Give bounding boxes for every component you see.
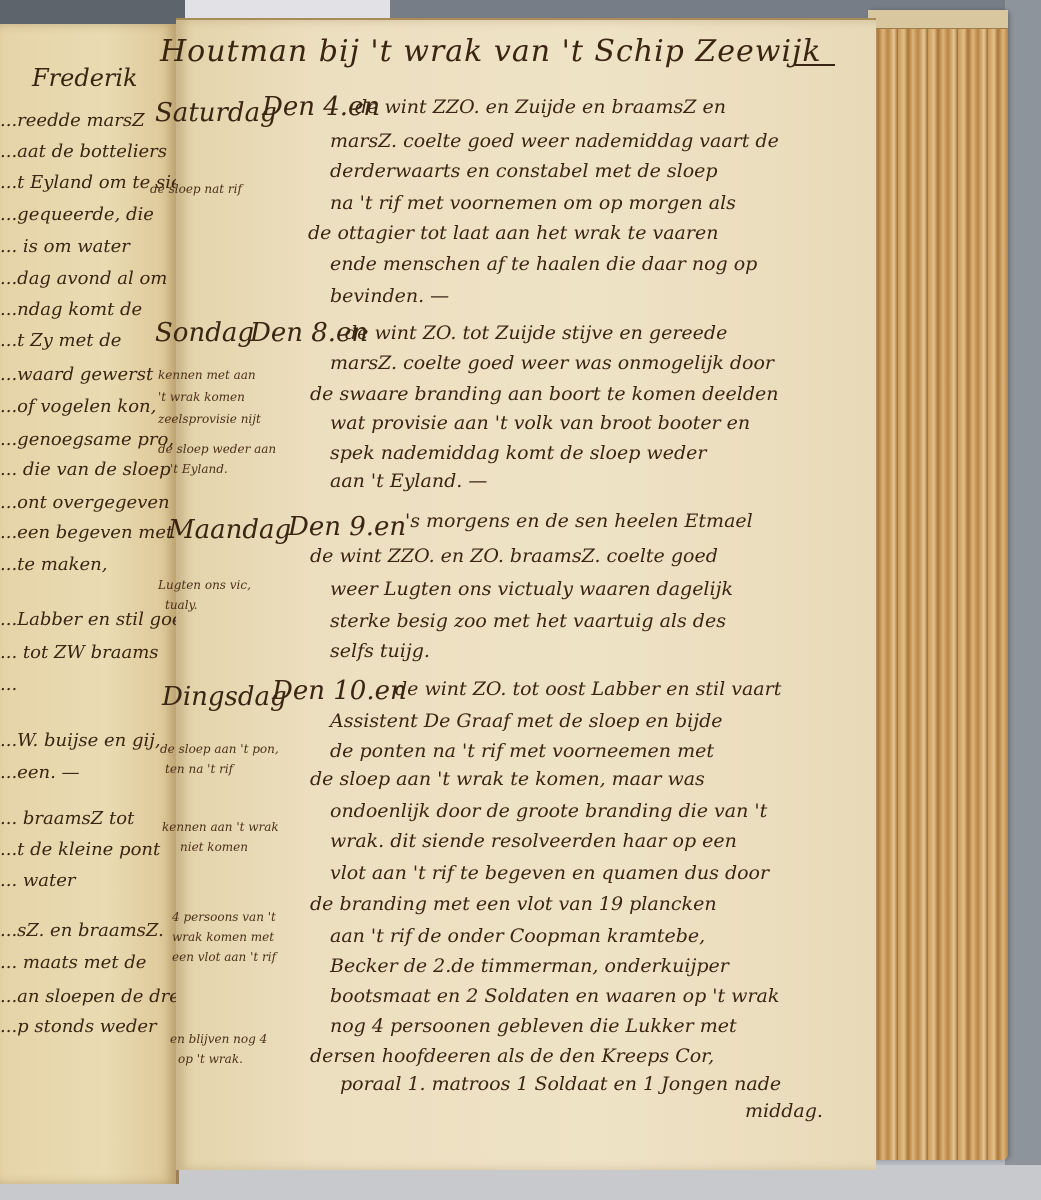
margin-note: Lugten ons vic, bbox=[158, 578, 251, 592]
margin-note: tualy. bbox=[165, 598, 198, 612]
left-line: ... bbox=[0, 674, 17, 695]
left-page: Frederik ...reedde marsZ ...aat de botte… bbox=[0, 24, 179, 1184]
left-line: ...t Zy met de bbox=[0, 330, 121, 351]
margin-note: een vlot aan 't rif bbox=[172, 950, 276, 964]
page-title: Houtman bij 't wrak van 't Schip Zeewijk bbox=[160, 34, 822, 69]
left-line: ...of vogelen kon, bbox=[0, 396, 156, 417]
left-line: ...dag avond al om bbox=[0, 268, 167, 289]
entry-line: derderwaarts en constabel met de sloep bbox=[330, 160, 718, 182]
left-line: ...ont overgegeven bbox=[0, 492, 170, 513]
left-line: ...ndag komt de bbox=[0, 299, 142, 320]
entry-line: marsZ. coelte goed weer nademiddag vaart… bbox=[330, 130, 779, 152]
left-line: ...W. buijse en gij, bbox=[0, 730, 161, 751]
entry-day: Sondag bbox=[155, 318, 254, 348]
entry-line: bevinden. — bbox=[330, 285, 449, 307]
entry-line: Becker de 2.de timmerman, onderkuijper bbox=[330, 955, 729, 977]
margin-note: ten na 't rif bbox=[165, 762, 233, 776]
entry-line: de ponten na 't rif met voorneemen met bbox=[330, 740, 714, 762]
entry-line: aan 't rif de onder Coopman kramtebe, bbox=[330, 925, 705, 947]
left-line: ...Labber en stil goed bbox=[0, 609, 194, 630]
entry-line: spek nademiddag komt de sloep weder bbox=[330, 442, 706, 464]
entry-line: vlot aan 't rif te begeven en quamen dus… bbox=[330, 862, 769, 884]
entry-line: de ottagier tot laat aan het wrak te vaa… bbox=[308, 222, 718, 244]
entry-line: wat provisie aan 't volk van broot boote… bbox=[330, 412, 750, 434]
entry-line: 's morgens en de sen heelen Etmael bbox=[405, 510, 753, 532]
entry-line: dersen hoofdeeren als de den Kreeps Cor, bbox=[310, 1045, 714, 1067]
entry-day: Dingsdag bbox=[162, 682, 287, 712]
entry-line: de branding met een vlot van 19 plancken bbox=[310, 893, 717, 915]
left-line: ...aat de botteliers bbox=[0, 141, 167, 162]
left-line: ... is om water bbox=[0, 236, 130, 257]
title-rule bbox=[795, 64, 835, 66]
margin-note: de sloep weder aan bbox=[158, 442, 276, 456]
left-line: ...sZ. en braamsZ. bbox=[0, 920, 164, 941]
left-line: ...gequeerde, die bbox=[0, 204, 154, 225]
entry-line: de wint ZZO. en Zuijde en braamsZ en bbox=[355, 96, 726, 118]
margin-note: zeelsprovisie nijt bbox=[158, 412, 261, 426]
left-line: ...p stonds weder bbox=[0, 1016, 157, 1037]
left-line: ... water bbox=[0, 870, 76, 891]
background-right bbox=[1005, 0, 1041, 1200]
left-line: ...te maken, bbox=[0, 554, 107, 575]
entry-line: weer Lugten ons victualy waaren dagelijk bbox=[330, 578, 733, 600]
entry-line: de wint ZO. tot oost Labber en stil vaar… bbox=[395, 678, 781, 700]
left-line: ...reedde marsZ bbox=[0, 110, 145, 131]
left-line: ...een. — bbox=[0, 762, 80, 783]
entry-line: selfs tuijg. bbox=[330, 640, 430, 662]
margin-note: 't wrak komen bbox=[158, 390, 245, 404]
entry-line: de swaare branding aan boort te komen de… bbox=[310, 383, 778, 405]
left-line: ... tot ZW braams bbox=[0, 642, 159, 663]
margin-note: 't Eyland. bbox=[170, 462, 228, 476]
margin-note: 4 persoons van 't bbox=[172, 910, 276, 924]
entry-line: de wint ZZO. en ZO. braamsZ. coelte goed bbox=[310, 545, 718, 567]
left-line: ... braamsZ tot bbox=[0, 808, 134, 829]
left-line: ...t de kleine pont bbox=[0, 839, 160, 860]
entry-line: aan 't Eyland. — bbox=[330, 470, 487, 492]
left-line: ...waard gewerst bbox=[0, 364, 153, 385]
entry-line: nog 4 persoonen gebleven die Lukker met bbox=[330, 1015, 737, 1037]
margin-note: en blijven nog 4 bbox=[170, 1032, 267, 1046]
entry-line: na 't rif met voornemen om op morgen als bbox=[330, 192, 736, 214]
margin-note: niet komen bbox=[180, 840, 248, 854]
entry-line: ende menschen af te haalen die daar nog … bbox=[330, 253, 757, 275]
entry-line: de wint ZO. tot Zuijde stijve en gereede bbox=[345, 322, 727, 344]
entry-line: Assistent De Graaf met de sloep en bijde bbox=[330, 710, 723, 732]
left-line: ...an sloepen de dreg bbox=[0, 986, 191, 1007]
entry-line: middag. bbox=[745, 1100, 823, 1122]
entry-date: Den 9.en bbox=[288, 512, 406, 542]
margin-note: de sloep nat rif bbox=[150, 182, 242, 196]
entry-line: poraal 1. matroos 1 Soldaat en 1 Jongen … bbox=[340, 1073, 781, 1095]
entry-day: Saturdag bbox=[155, 98, 277, 128]
entry-line: marsZ. coelte goed weer was onmogelijk d… bbox=[330, 352, 774, 374]
margin-note: op 't wrak. bbox=[178, 1052, 243, 1066]
margin-note: de sloep aan 't pon, bbox=[160, 742, 279, 756]
left-page-header: Frederik bbox=[32, 64, 138, 92]
entry-line: de sloep aan 't wrak te komen, maar was bbox=[310, 768, 705, 790]
entry-line: ondoenlijk door de groote branding die v… bbox=[330, 800, 767, 822]
entry-line: sterke besig zoo met het vaartuig als de… bbox=[330, 610, 726, 632]
left-line: ... die van de sloep bbox=[0, 459, 171, 480]
entry-date: Den 10.en bbox=[272, 676, 407, 706]
margin-note: kennen met aan bbox=[158, 368, 256, 382]
entry-line: wrak. dit siende resolveerden haar op ee… bbox=[330, 830, 737, 852]
left-line: ...een begeven met bbox=[0, 522, 173, 543]
entry-day: Maandag bbox=[168, 515, 291, 545]
margin-note: kennen aan 't wrak bbox=[162, 820, 279, 834]
left-line: ...genoegsame pro, bbox=[0, 429, 174, 450]
margin-note: wrak komen met bbox=[172, 930, 274, 944]
entry-line: bootsmaat en 2 Soldaten en waaren op 't … bbox=[330, 985, 779, 1007]
left-line: ... maats met de bbox=[0, 952, 146, 973]
book-page-edges bbox=[868, 10, 1008, 1160]
